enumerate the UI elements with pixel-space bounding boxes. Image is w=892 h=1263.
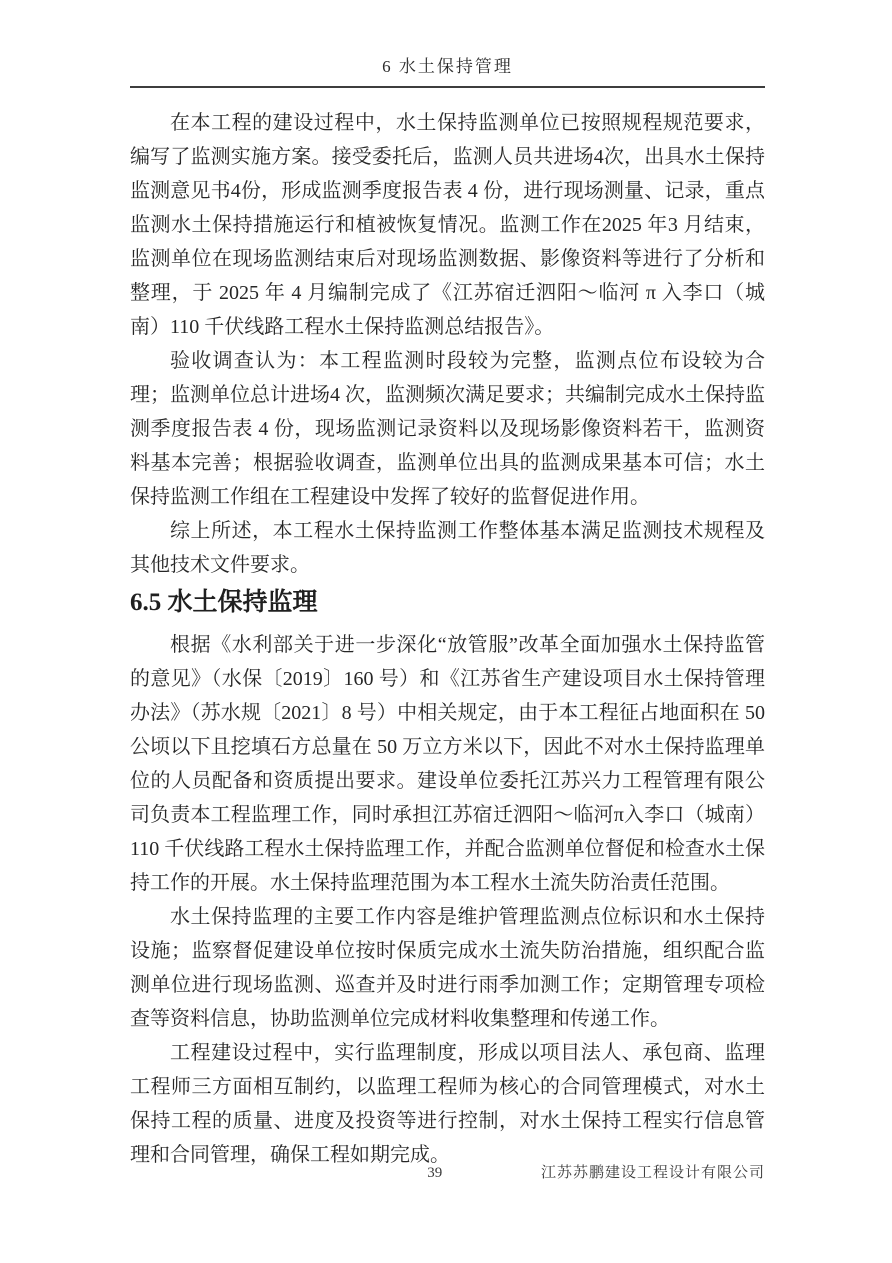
page-header: 6 水土保持管理: [130, 56, 765, 88]
footer-company-name: 江苏苏鹏建设工程设计有限公司: [541, 1160, 765, 1186]
body-paragraph-supervision-system: 工程建设过程中，实行监理制度，形成以项目法人、承包商、监理工程师三方面相互制约，…: [130, 1036, 765, 1172]
chapter-header-title: 6 水土保持管理: [382, 57, 513, 76]
document-page: 6 水土保持管理 在本工程的建设过程中，水土保持监测单位已按照规程规范要求，编写…: [0, 0, 892, 1263]
body-paragraph-monitoring-overview: 在本工程的建设过程中，水土保持监测单位已按照规程规范要求，编写了监测实施方案。接…: [130, 106, 765, 344]
footer-page-number: 39: [427, 1160, 442, 1186]
body-paragraph-acceptance-survey: 验收调查认为：本工程监测时段较为完整，监测点位布设较为合理；监测单位总计进场4 …: [130, 344, 765, 514]
document-body: 在本工程的建设过程中，水土保持监测单位已按照规程规范要求，编写了监测实施方案。接…: [130, 106, 765, 1172]
body-paragraph-supervision-scope: 水土保持监理的主要工作内容是维护管理监测点位标识和水土保持设施；监察督促建设单位…: [130, 900, 765, 1036]
section-heading-6-5: 6.5 水土保持监理: [130, 587, 765, 619]
page-footer: 39 江苏苏鹏建设工程设计有限公司: [130, 1160, 765, 1186]
body-paragraph-supervision-basis: 根据《水利部关于进一步深化“放管服”改革全面加强水土保持监管的意见》（水保〔20…: [130, 628, 765, 900]
body-paragraph-summary: 综上所述，本工程水土保持监测工作整体基本满足监测技术规程及其他技术文件要求。: [130, 514, 765, 582]
